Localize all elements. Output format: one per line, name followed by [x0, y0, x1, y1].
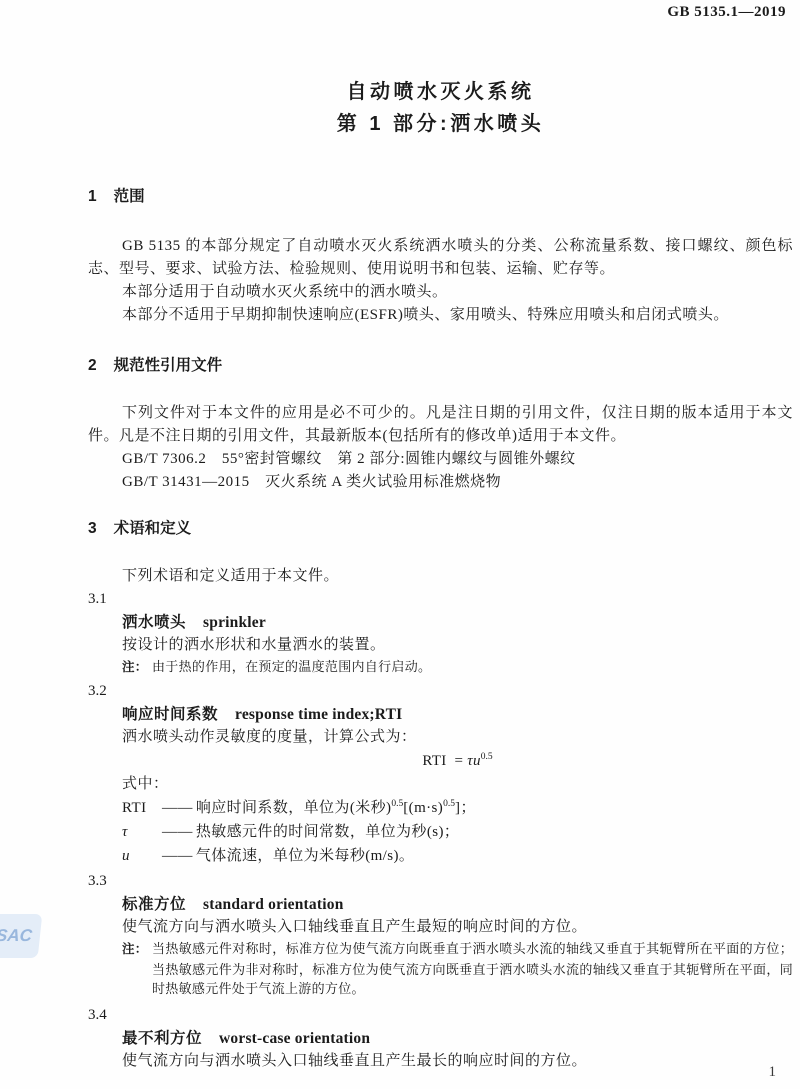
document-title-line1: 自动喷水灭火系统 — [88, 76, 793, 108]
dash: —— — [162, 820, 193, 844]
term-title: 最不利方位worst-case orientation — [122, 1027, 793, 1050]
term-3-3-number: 3.3 — [88, 870, 793, 893]
section-2-body: 下列文件对于本文件的应用是必不可少的。凡是注日期的引用文件，仅注日期的版本适用于… — [88, 402, 793, 494]
symbol: RTI — [122, 796, 162, 820]
term-definition: 洒水喷头动作灵敏度的度量，计算公式为： — [122, 726, 793, 749]
paragraph: GB 5135 的本部分规定了自动喷水灭火系统洒水喷头的分类、公称流量系数、接口… — [88, 235, 793, 281]
dash: —— — [162, 844, 193, 868]
section-1-number: 1 — [88, 188, 97, 205]
section-1-body: GB 5135 的本部分规定了自动喷水灭火系统洒水喷头的分类、公称流量系数、接口… — [88, 235, 793, 327]
section-3-heading: 3术语和定义 — [88, 518, 793, 540]
term-note: 注：由于热的作用，在预定的温度范围内自行启动。 — [122, 657, 793, 677]
document-page: GB 5135.1—2019 SAC 自动喷水灭火系统 第 1 部分:洒水喷头 … — [0, 0, 800, 1089]
term-definition: 使气流方向与洒水喷头入口轴线垂直且产生最长的响应时间的方位。 — [122, 1050, 793, 1073]
note-label: 注： — [122, 657, 152, 677]
sac-watermark-label: SAC — [0, 926, 33, 946]
term-title-zh: 洒水喷头 — [122, 614, 186, 631]
section-3-title: 术语和定义 — [114, 520, 192, 537]
note-text: 当热敏感元件对称时，标准方位为使气流方向既垂直于洒水喷头水流的轴线又垂直于其轭臂… — [152, 941, 793, 996]
desc-sup: 0.5 — [391, 799, 403, 809]
section-3-number: 3 — [88, 520, 97, 537]
reference-item: GB/T 31431—2015 灭火系统 A 类火试验用标准燃烧物 — [88, 471, 793, 494]
document-title-line2: 第 1 部分:洒水喷头 — [88, 108, 793, 140]
desc-part: [(m·s) — [403, 800, 443, 816]
symbol-row-tau: τ——热敏感元件的时间常数，单位为秒(s)； — [122, 820, 793, 844]
symbol-description: 气体流速，单位为米每秒(m/s)。 — [196, 844, 793, 868]
term-3-3: 标准方位standard orientation 使气流方向与洒水喷头入口轴线垂… — [88, 893, 793, 999]
symbol-row-u: u——气体流速，单位为米每秒(m/s)。 — [122, 844, 793, 868]
sac-watermark: SAC — [0, 914, 42, 958]
formula-lhs: RTI — [422, 753, 446, 769]
page-content: 自动喷水灭火系统 第 1 部分:洒水喷头 1范围 GB 5135 的本部分规定了… — [88, 0, 793, 1073]
section-3-intro: 下列术语和定义适用于本文件。 — [88, 565, 793, 588]
rti-formula: RTI=τu0.5 — [122, 749, 793, 773]
section-2-heading: 2规范性引用文件 — [88, 355, 793, 377]
symbol-description: 热敏感元件的时间常数，单位为秒(s)； — [196, 820, 793, 844]
term-3-1: 洒水喷头sprinkler 按设计的洒水形状和水量洒水的装置。 注：由于热的作用… — [88, 611, 793, 677]
term-title-zh: 响应时间系数 — [122, 706, 218, 723]
reference-item: GB/T 7306.2 55°密封管螺纹 第 2 部分:圆锥内螺纹与圆锥外螺纹 — [88, 448, 793, 471]
term-title-zh: 标准方位 — [122, 896, 186, 913]
paragraph: 本部分适用于自动喷水灭火系统中的洒水喷头。 — [88, 281, 793, 304]
formula-equals: = — [455, 753, 464, 769]
formula-exponent: 0.5 — [481, 752, 493, 762]
symbol-description: 响应时间系数，单位为(米秒)0.5[(m·s)0.5]； — [196, 796, 793, 820]
note-text: 由于热的作用，在预定的温度范围内自行启动。 — [152, 659, 431, 674]
symbol-row-rti: RTI——响应时间系数，单位为(米秒)0.5[(m·s)0.5]； — [122, 796, 793, 820]
term-note: 注：当热敏感元件对称时，标准方位为使气流方向既垂直于洒水喷头水流的轴线又垂直于其… — [122, 939, 793, 999]
desc-sup: 0.5 — [443, 799, 455, 809]
term-3-2-number: 3.2 — [88, 680, 793, 703]
term-title: 标准方位standard orientation — [122, 893, 793, 916]
term-title-en: worst-case orientation — [219, 1030, 370, 1047]
term-3-1-number: 3.1 — [88, 588, 793, 611]
symbol: τ — [122, 820, 162, 844]
section-1-title: 范围 — [114, 188, 145, 205]
term-definition: 按设计的洒水形状和水量洒水的装置。 — [122, 634, 793, 657]
symbol: u — [122, 844, 162, 868]
section-1-heading: 1范围 — [88, 186, 793, 208]
document-title: 自动喷水灭火系统 第 1 部分:洒水喷头 — [88, 0, 793, 140]
formula-where-label: 式中： — [122, 773, 793, 796]
term-3-4: 最不利方位worst-case orientation 使气流方向与洒水喷头入口… — [88, 1027, 793, 1073]
term-title-en: sprinkler — [203, 614, 266, 631]
term-title: 洒水喷头sprinkler — [122, 611, 793, 634]
term-3-4-number: 3.4 — [88, 1004, 793, 1027]
term-title-zh: 最不利方位 — [122, 1030, 202, 1047]
term-title-en: standard orientation — [203, 896, 344, 913]
term-definition: 使气流方向与洒水喷头入口轴线垂直且产生最短的响应时间的方位。 — [122, 916, 793, 939]
term-title: 响应时间系数response time index;RTI — [122, 703, 793, 726]
page-number: 1 — [769, 1064, 777, 1081]
section-2-number: 2 — [88, 357, 97, 374]
paragraph: 下列文件对于本文件的应用是必不可少的。凡是注日期的引用文件，仅注日期的版本适用于… — [88, 402, 793, 448]
section-2-title: 规范性引用文件 — [114, 357, 223, 374]
term-title-en: response time index;RTI — [235, 706, 402, 723]
note-label: 注： — [122, 940, 152, 960]
dash: —— — [162, 796, 193, 820]
term-3-2: 响应时间系数response time index;RTI 洒水喷头动作灵敏度的… — [88, 703, 793, 868]
desc-part: 响应时间系数，单位为(米秒) — [196, 800, 392, 816]
formula-body: τu — [467, 753, 480, 769]
paragraph: 本部分不适用于早期抑制快速响应(ESFR)喷头、家用喷头、特殊应用喷头和启闭式喷… — [88, 304, 793, 327]
desc-part: ]； — [455, 800, 476, 816]
